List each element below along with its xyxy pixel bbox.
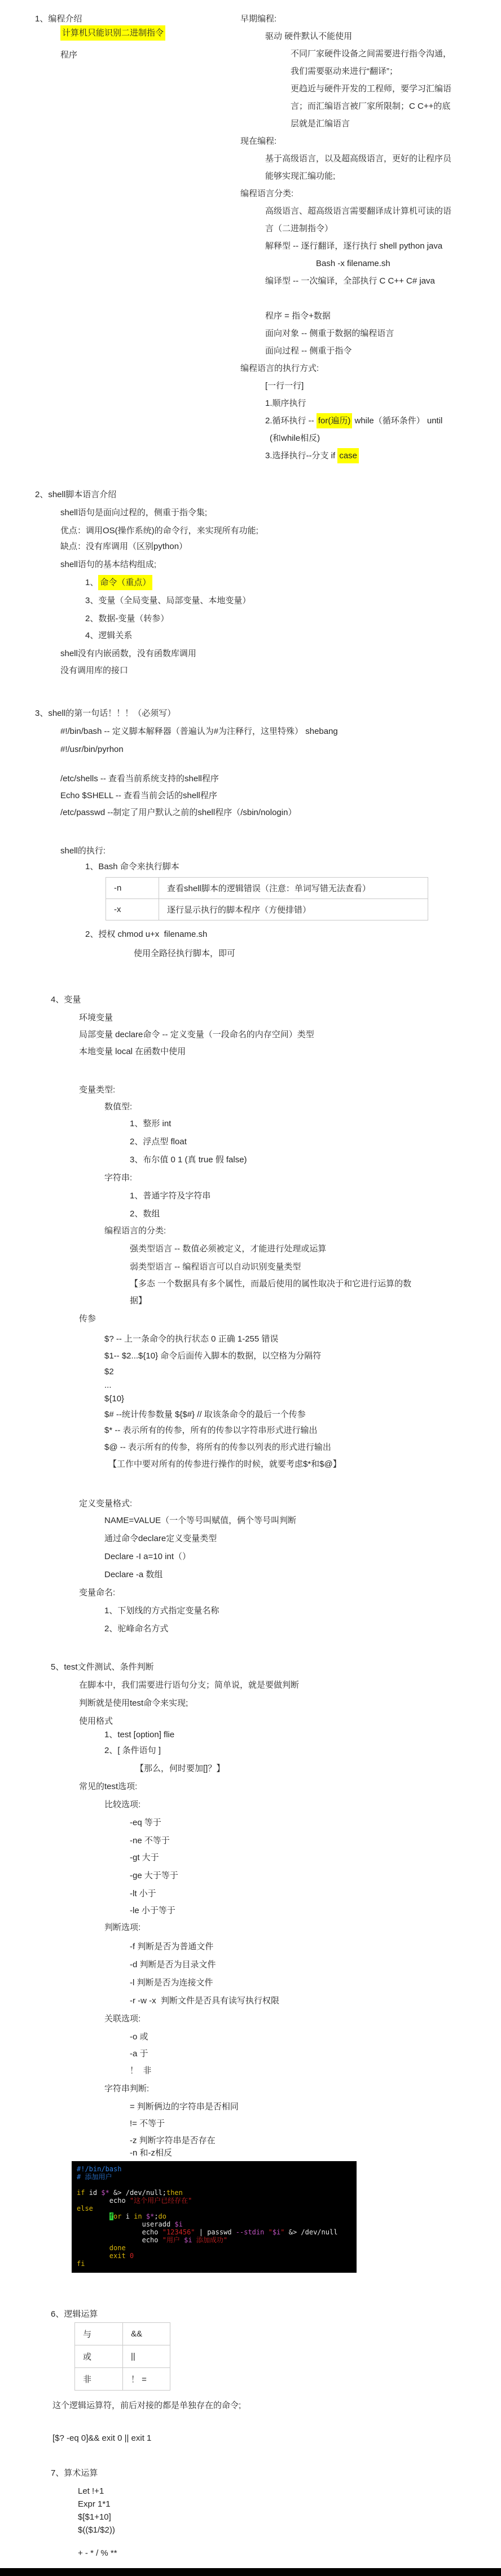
highlighted-text: for(遍历): [317, 413, 353, 428]
section-7-heading: 7、算术运算: [51, 2468, 98, 2479]
table-cell: 与: [75, 2323, 123, 2345]
text-line: 高级语言、超高级语言需要翻译成计算机可读的语: [265, 206, 451, 217]
table-cell: ||: [123, 2345, 170, 2368]
bash-options-table: -n查看shell脚本的逻辑错误（注意：单词写错无法查看）-x逐行显示执行的脚本…: [106, 877, 428, 920]
text-line: $? -- 上一条命令的执行状态 0 正确 1-255 错误: [104, 1334, 278, 1345]
code-segment: [77, 2212, 109, 2220]
code-segment: echo: [77, 2228, 162, 2236]
text-line: 我们需要驱动来进行“翻译”；: [291, 66, 398, 77]
text-segment: while（循环条件） until: [352, 416, 442, 426]
code-segment: id: [89, 2189, 102, 2197]
text-line: 2、浮点型 float: [130, 1136, 187, 1148]
text-line: -n 和-z相反: [130, 2148, 172, 2159]
text-line: 2、数据-变量（转参）: [85, 613, 169, 625]
text-line: 编译型 -- 一次编译，全部执行 C C++ C# java: [265, 276, 435, 287]
text-line: 能够实现汇编功能;: [265, 171, 335, 182]
table-cell: 非: [75, 2368, 123, 2391]
table-cell: 逐行显示执行的脚本程序（方便排错）: [159, 899, 428, 920]
code-segment: echo: [77, 2197, 130, 2205]
text-line: 1、Bash 命令来执行脚本: [85, 861, 179, 873]
text-line: 面向过程 -- 侧重于指令: [265, 346, 351, 357]
table-row: 与&&: [75, 2323, 170, 2345]
text-line: 2、[ 条件语句 ]: [104, 1745, 161, 1756]
text-line: ！ 非: [130, 2065, 151, 2077]
highlighted-text: case: [337, 448, 359, 463]
text-line: 常见的test选项:: [79, 1781, 137, 1792]
table-row: 或||: [75, 2345, 170, 2368]
table-row: -x逐行显示执行的脚本程序（方便排错）: [106, 899, 428, 920]
text-line: 编程语言分类:: [240, 188, 293, 200]
code-segment: useradd: [77, 2220, 174, 2228]
code-segment: --stdin: [236, 2228, 265, 2236]
text-line: -z 判断字符串是否存在: [130, 2135, 216, 2146]
text-line: 字符串判断:: [104, 2083, 149, 2095]
text-line: -ne 不等于: [130, 1835, 170, 1847]
text-line: [一行一行]: [265, 380, 304, 392]
terminal-line: echo "这个用户已经存在": [77, 2197, 351, 2205]
text-line: != 不等于: [130, 2118, 165, 2130]
text-line: -o 或: [130, 2031, 148, 2043]
text-line: 面向对象 -- 侧重于数据的编程语言: [265, 328, 394, 339]
section-3-heading: 3、shell的第一句话！！！（必须写）: [35, 708, 175, 719]
text-line: $1-- $2...${10} 命令后面传入脚本的数据，以空格为分隔符: [104, 1351, 321, 1362]
text-line: ${10}: [104, 1393, 124, 1405]
text-line: 没有调用库的接口: [60, 665, 128, 676]
highlighted-text: 计算机只能识别二进制指令: [60, 25, 165, 41]
terminal-line: echo "123456" | passwd --stdin "$i" &> /…: [77, 2228, 351, 2236]
text-line: $[$1+10]: [78, 2512, 111, 2523]
text-line: 解释型 -- 逐行翻译，逐行执行 shell python java: [265, 241, 442, 252]
code-segment: do: [159, 2212, 166, 2220]
text-line: 言（二进制指令）: [265, 223, 333, 234]
text-line: 【多态 一个数据具有多个属性，而最后使用的属性取决于和它进行运算的数: [130, 1278, 411, 1290]
terminal-cursor: f: [109, 2212, 113, 2220]
code-segment: &> /dev/null;: [109, 2189, 166, 2197]
text-line: Echo $SHELL -- 查看当前会话的shell程序: [60, 790, 217, 802]
code-segment: ": [280, 2228, 284, 2236]
text-line: 这个逻辑运算符，前后对接的都是单独存在的命令;: [52, 2400, 241, 2411]
table-cell: 或: [75, 2345, 123, 2368]
text-line: 传参: [79, 1313, 96, 1325]
text-line: 层就是汇编语言: [291, 118, 350, 130]
text-line: 【工作中要对所有的传参进行操作的时候，就要考虑$*和$@】: [108, 1459, 341, 1470]
text-line: /etc/shells -- 查看当前系统支持的shell程序: [60, 773, 219, 785]
text-line: $* -- 表示所有的传参，所有的传参以字符串形式进行输出: [104, 1425, 318, 1436]
code-segment: #!/bin/bash: [77, 2165, 121, 2173]
code-segment: [142, 2212, 146, 2220]
code-segment: exit: [77, 2252, 130, 2260]
terminal-line: useradd $i: [77, 2220, 351, 2228]
code-segment: $i: [184, 2236, 192, 2244]
text-line: 强类型语言 -- 数值必须被定义，才能进行处理或运算: [130, 1243, 326, 1255]
code-segment: &> /dev/null: [285, 2228, 338, 2236]
terminal-code-block: #!/bin/bash# 添加用户 if id $* &> /dev/null;…: [72, 2161, 357, 2273]
text-line: shell语句的基本结构组成;: [60, 559, 156, 570]
table-cell: -x: [106, 899, 159, 920]
code-segment: | passwd: [195, 2228, 236, 2236]
terminal-line: #!/bin/bash: [77, 2165, 351, 2173]
text-line: 3.选择执行--分支 if case: [265, 450, 359, 462]
text-line: 3、布尔值 0 1 (真 true 假 false): [130, 1154, 247, 1166]
text-line: $2: [104, 1366, 114, 1378]
code-segment: [264, 2228, 268, 2236]
terminal-line: else: [77, 2205, 351, 2212]
text-line: #!/usr/bin/pyrhon: [60, 744, 124, 755]
text-line: + - * / % **: [78, 2548, 117, 2559]
text-line: 1、普通字符及字符串: [130, 1190, 210, 1202]
text-line: 3、变量（全局变量、局部变量、本地变量）: [85, 595, 250, 607]
code-segment: in: [134, 2212, 142, 2220]
text-line: /etc/passwd --制定了用户默认之前的shell程序（/sbin/no…: [60, 807, 296, 818]
terminal-line: for i in $*;do: [77, 2212, 351, 2220]
section-1-heading: 1、编程介绍: [35, 14, 82, 25]
text-line: $@ -- 表示所有的传参，将所有的传参以列表的形式进行输出: [104, 1442, 331, 1453]
text-segment: 2.循环执行 --: [265, 416, 317, 426]
text-line: 2、授权 chmod u+x filename.sh: [85, 929, 207, 940]
text-line: 在脚本中，我们需要进行语句分支；简单说，就是要做判断: [79, 1680, 299, 1691]
text-line: 言；而汇编语言被厂家所限制；C C++的底: [291, 101, 450, 112]
section-4-heading: 4、变量: [51, 994, 81, 1006]
text-line: $(($1/$2)): [78, 2525, 115, 2536]
text-line: 1.顺序执行: [265, 398, 306, 409]
table-cell: 查看shell脚本的逻辑错误（注意：单词写错无法查看）: [159, 878, 428, 899]
table-cell: ！ =: [123, 2368, 170, 2391]
text-line: shell的执行:: [60, 846, 106, 857]
code-segment: 0: [130, 2252, 134, 2260]
highlighted-text: 命令（重点）: [98, 575, 152, 590]
table-row: -n查看shell脚本的逻辑错误（注意：单词写错无法查看）: [106, 878, 428, 899]
text-line: 2、驼峰命名方式: [104, 1623, 168, 1635]
code-segment: done: [77, 2244, 126, 2252]
code-segment: $i: [273, 2228, 280, 2236]
text-line: 本地变量 local 在函数中使用: [79, 1046, 186, 1057]
text-line: 判断就是使用test命令来实现;: [79, 1698, 188, 1709]
text-segment: 3.选择执行--分支 if: [265, 451, 337, 461]
text-line: 1、整形 int: [130, 1118, 171, 1130]
text-line: 程序: [60, 50, 77, 61]
text-line: (和while相反): [270, 433, 320, 444]
text-line: 4、逻辑关系: [85, 630, 132, 641]
section-5-heading: 5、test文件测试、条件判断: [51, 1662, 154, 1673]
code-segment: $*: [146, 2212, 154, 2220]
text-line: Let !+1: [78, 2486, 104, 2497]
text-line: $# --统计传参数量 ${$#} // 取该条命令的最后一个传参: [104, 1409, 306, 1420]
code-segment: ": [269, 2228, 273, 2236]
code-segment: i: [121, 2212, 134, 2220]
text-line: Declare -I a=10 int（）: [104, 1551, 191, 1563]
table-cell: -n: [106, 878, 159, 899]
code-segment: or: [113, 2212, 121, 2220]
text-line: 定义变量格式:: [79, 1498, 132, 1510]
bottom-bar: [0, 2568, 501, 2576]
text-line: 现在编程:: [240, 136, 276, 147]
highlight-line: 计算机只能识别二进制指令: [60, 28, 165, 39]
text-line: 使用格式: [79, 1716, 113, 1727]
text-line: -f 判断是否为普通文件: [130, 1941, 213, 1953]
text-line: -eq 等于: [130, 1817, 161, 1829]
text-line: Declare -a 数组: [104, 1569, 162, 1581]
text-line: 使用全路径执行脚本，即可: [134, 948, 235, 959]
code-segment: "123456": [162, 2228, 195, 2236]
terminal-line: done: [77, 2244, 351, 2252]
text-line: 驱动 硬件默认不能使用: [265, 31, 352, 42]
terminal-line: # 添加用户: [77, 2173, 351, 2181]
text-line: shell没有内嵌函数，没有函数库调用: [60, 648, 196, 660]
text-line: Bash -x filename.sh: [316, 258, 390, 269]
text-line: 数值型:: [104, 1101, 132, 1113]
terminal-line: if id $* &> /dev/null;then: [77, 2189, 351, 2197]
text-segment: 1、: [85, 578, 98, 587]
text-line: -a 于: [130, 2048, 148, 2060]
text-line: 2、数组: [130, 1209, 160, 1220]
text-line: -r -w -x 判断文件是否具有读写执行权限: [130, 1995, 279, 2007]
terminal-line: exit 0: [77, 2252, 351, 2260]
text-line: 1、下划线的方式指定变量名称: [104, 1605, 219, 1617]
text-line: 【那么，何时要加[]？】: [135, 1763, 225, 1774]
text-line: #!/bin/bash -- 定义脚本解释器（普遍认为#为注释行，这里特殊） s…: [60, 726, 338, 737]
text-line: -l 判断是否为连接文件: [130, 1977, 213, 1989]
table-row: 非！ =: [75, 2368, 170, 2391]
text-line: 1、命令（重点）: [85, 577, 152, 588]
text-line: 变量类型:: [79, 1085, 115, 1096]
text-line: 优点：调用OS(操作系统)的命令行，来实现所有功能;: [60, 525, 258, 537]
text-line: -gt 大于: [130, 1852, 159, 1864]
text-line: 弱类型语言 -- 编程语言可以自动识别变量类型: [130, 1262, 301, 1273]
text-line: [$? -eq 0]&& exit 0 || exit 1: [52, 2433, 151, 2444]
section-6-heading: 6、逻辑运算: [51, 2309, 98, 2320]
text-line: 据】: [130, 1295, 147, 1307]
text-line: 不同厂家硬件设备之间需要进行指令沟通，: [291, 48, 451, 60]
text-line: = 判断俩边的字符串是否相同: [130, 2101, 239, 2113]
code-segment: else: [77, 2205, 93, 2212]
text-line: 缺点：没有库调用（区别python）: [60, 541, 187, 552]
code-segment: "用户: [162, 2236, 184, 2244]
terminal-line: [77, 2181, 351, 2189]
text-line: 基于高级语言，以及超高级语言，更好的让程序员: [265, 153, 451, 165]
text-line: 变量命名:: [79, 1587, 115, 1599]
text-line: Expr 1*1: [78, 2499, 111, 2510]
text-line: 判断选项:: [104, 1922, 140, 1933]
text-line: 编程语言的执行方式:: [240, 363, 319, 374]
text-line: -lt 小于: [130, 1888, 156, 1900]
code-segment: if: [77, 2189, 89, 2197]
code-segment: then: [166, 2189, 183, 2197]
text-line: 通过命令declare定义变量类型: [104, 1533, 217, 1544]
code-segment: $i: [174, 2220, 182, 2228]
text-line: -le 小于等于: [130, 1905, 175, 1916]
text-line: shell语句是面向过程的，侧重于指令集;: [60, 507, 207, 519]
section-2-heading: 2、shell脚本语言介绍: [35, 489, 116, 501]
text-line: 程序 = 指令+数据: [265, 311, 331, 322]
text-line: 比较选项:: [104, 1799, 140, 1811]
text-line: 字符串:: [104, 1172, 132, 1184]
code-segment: "这个用户已经存在": [130, 2197, 192, 2205]
text-line: 2.循环执行 -- for(遍历) while（循环条件） until: [265, 415, 442, 427]
code-segment: # 添加用户: [77, 2173, 112, 2181]
text-line: 局部变量 declare命令 -- 定义变量（一段命名的内存空间）类型: [79, 1029, 314, 1041]
text-line: 关联选项:: [104, 2013, 140, 2025]
code-segment: $*: [101, 2189, 109, 2197]
text-line: 编程语言的分类:: [104, 1225, 166, 1237]
code-segment: ;: [154, 2212, 158, 2220]
text-line: 更趋近与硬件开发的工程师，要学习汇编语: [291, 83, 451, 95]
text-line: -d 判断是否为目录文件: [130, 1959, 216, 1971]
text-line: 早期编程:: [240, 14, 276, 25]
code-segment: echo: [77, 2236, 162, 2244]
text-line: -ge 大于等于: [130, 1870, 178, 1882]
terminal-line: echo "用户 $i 添加成功": [77, 2236, 351, 2244]
logic-operators-table: 与&&或||非！ =: [74, 2322, 170, 2391]
text-line: 环境变量: [79, 1012, 113, 1024]
code-segment: 添加成功": [192, 2236, 227, 2244]
text-line: ...: [104, 1380, 112, 1391]
terminal-line: fi: [77, 2260, 351, 2268]
text-line: NAME=VALUE（一个等号叫赋值，俩个等号叫判断: [104, 1515, 296, 1526]
document-canvas: 1、编程介绍计算机只能识别二进制指令程序早期编程:驱动 硬件默认不能使用不同厂家…: [0, 0, 501, 2576]
table-cell: &&: [123, 2323, 170, 2345]
text-line: 1、test [option] flie: [104, 1729, 174, 1741]
code-segment: fi: [77, 2260, 85, 2268]
